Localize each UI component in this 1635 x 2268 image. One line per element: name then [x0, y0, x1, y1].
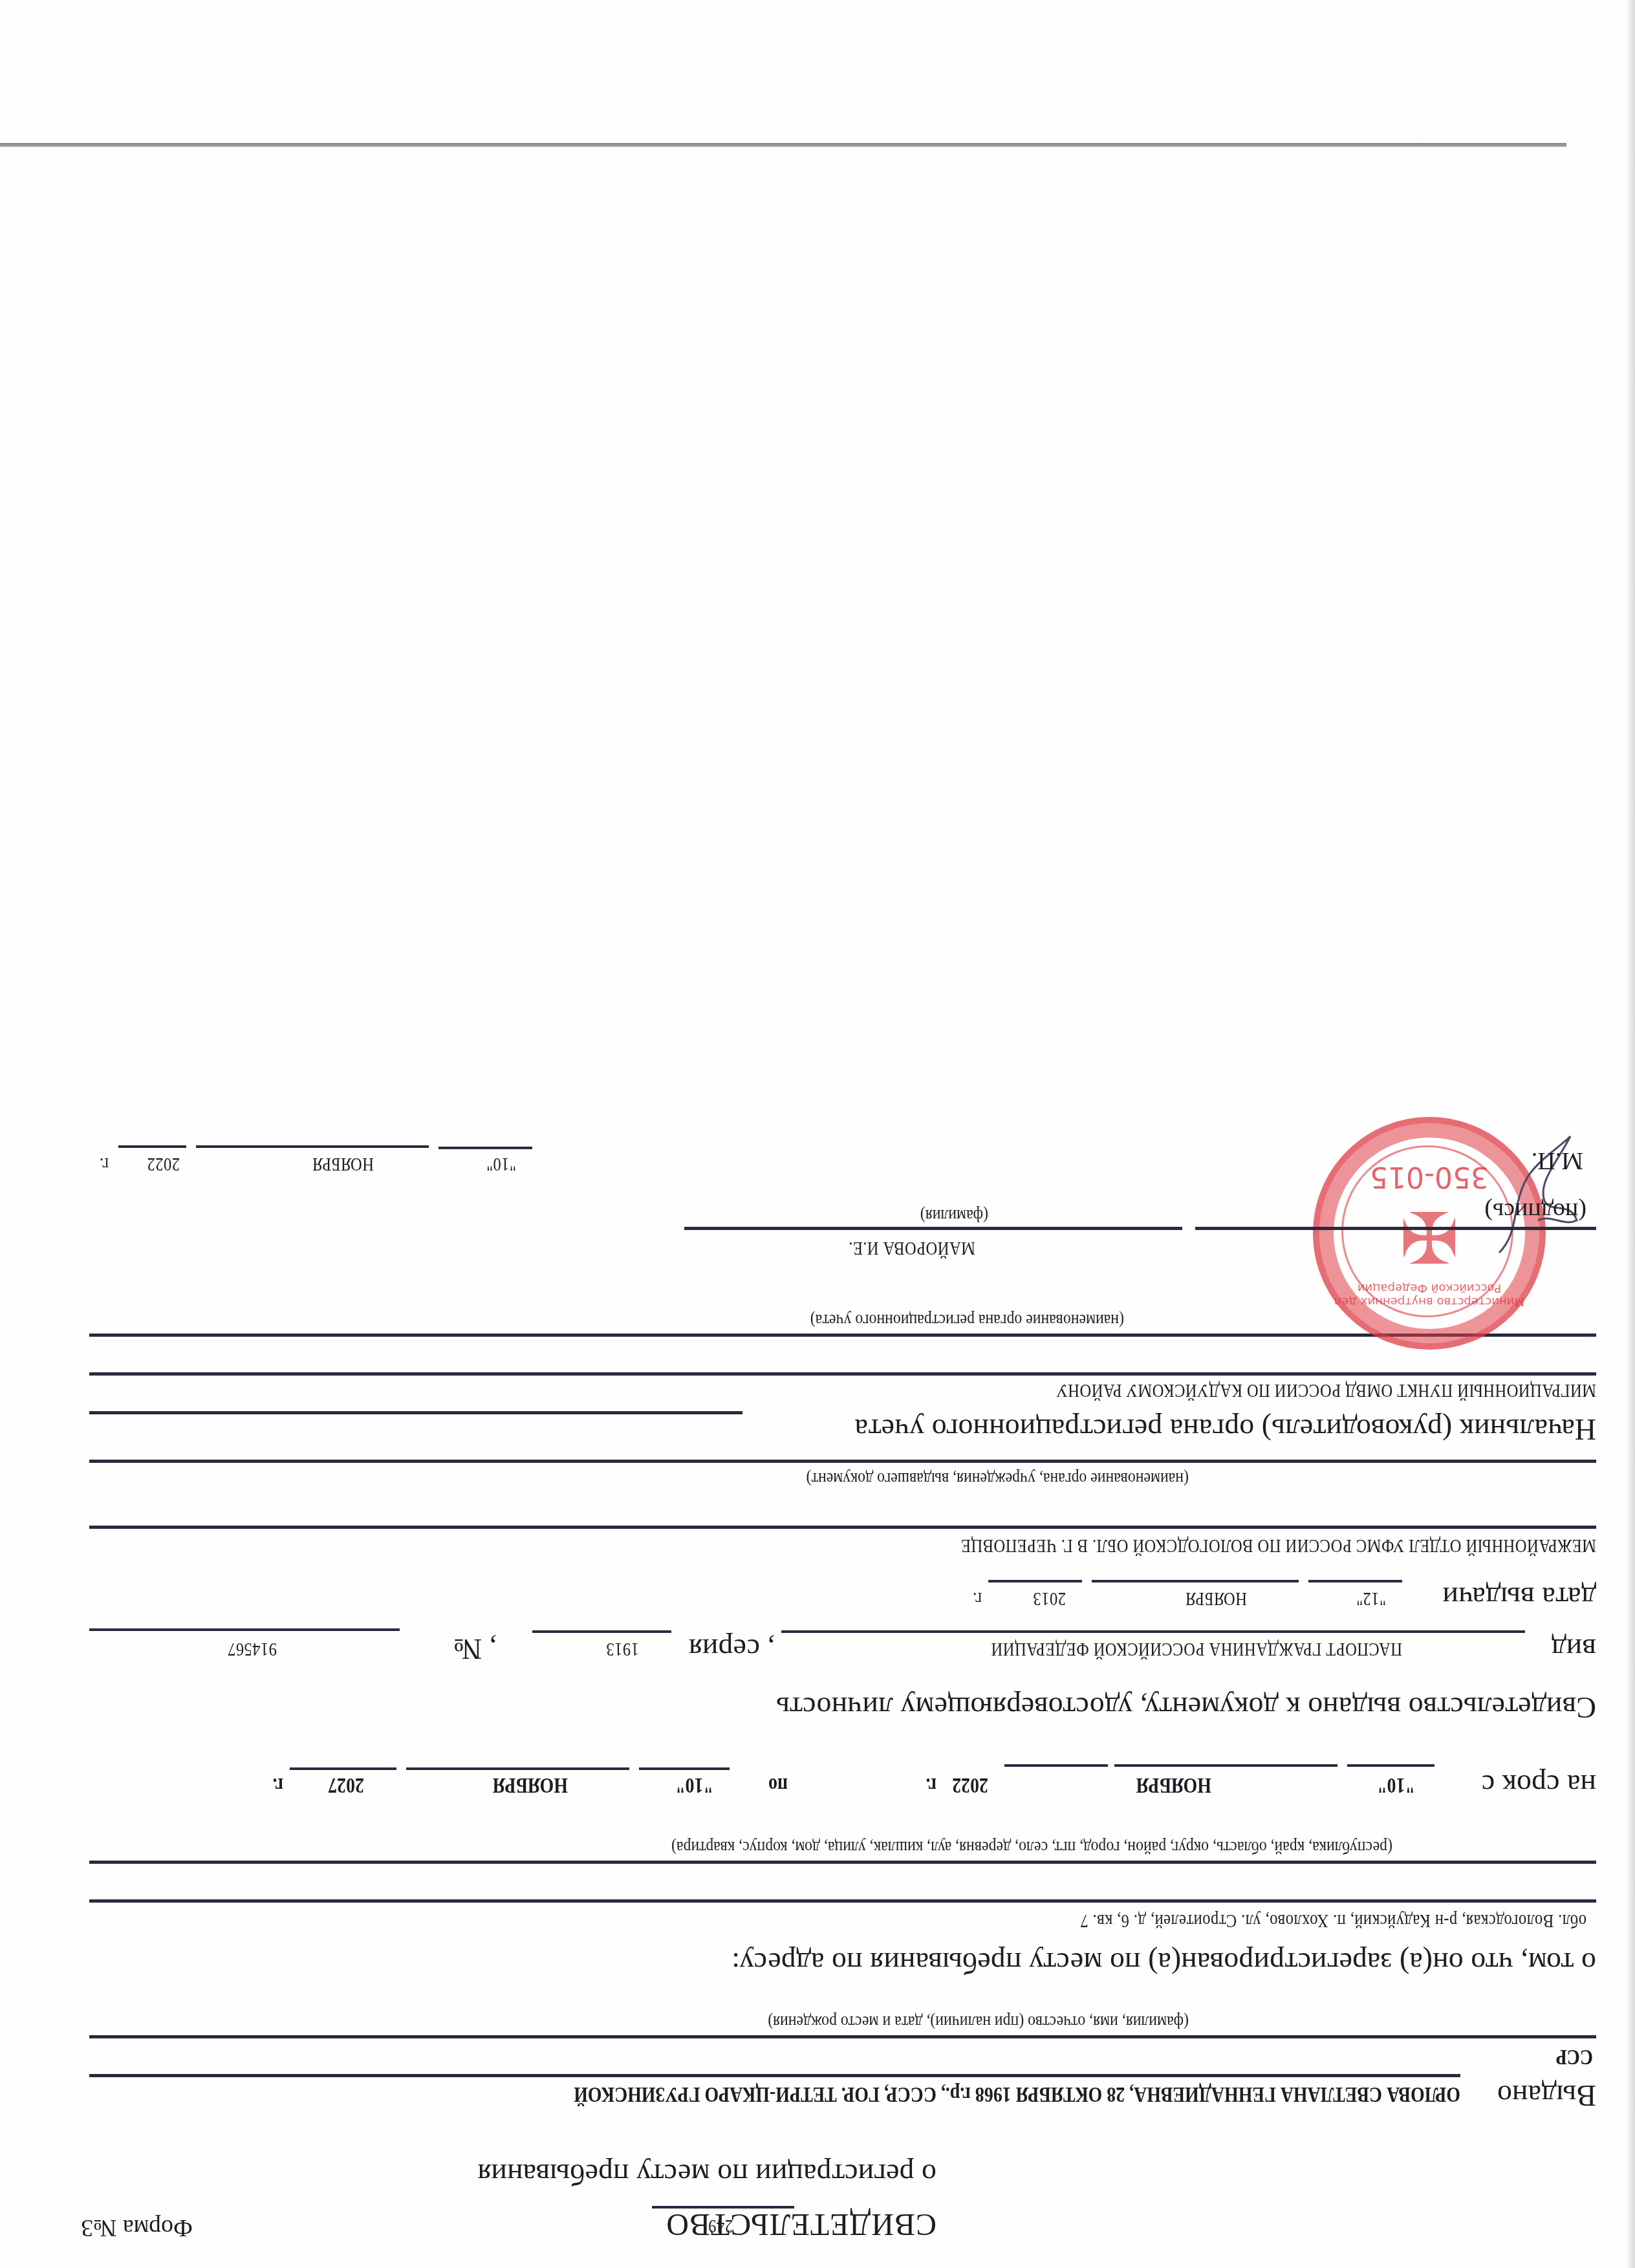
signature-hint: (подпись)	[1484, 1197, 1586, 1226]
issuer-hint: (наименование органа, учреждения, выдавш…	[807, 1468, 1189, 1489]
document-title: СВИДЕТЕЛЬСТВО	[666, 2207, 937, 2242]
term-to-label: по	[768, 1773, 788, 1797]
term-from-year-underline	[1004, 1764, 1108, 1767]
issuer-underline	[89, 1526, 1596, 1529]
sign-date-month: НОЯБРЯ	[312, 1153, 374, 1175]
term-from-month-underline	[1114, 1764, 1337, 1767]
issued-to-underline	[89, 2074, 1460, 2077]
issue-date-label: дата выдачи	[1442, 1581, 1596, 1615]
surname-hint: (фамилия)	[920, 1205, 988, 1226]
scanned-document-page: Форма №3 СВИДЕТЕЛЬСТВО 249 о регистрации…	[0, 0, 1635, 2268]
authority-head-underline	[89, 1411, 742, 1414]
authority-underline	[89, 1372, 1596, 1376]
seal-ring-text: Министерство внутренних дел Российской Ф…	[1319, 1281, 1539, 1308]
sign-date-day: "10"	[486, 1153, 516, 1175]
surname-value: МАЙОРОВА И.Е.	[849, 1237, 975, 1259]
form-number: Форма №3	[81, 2214, 193, 2242]
document-subtitle: о регистрации по месту пребывания	[477, 2157, 937, 2192]
term-from-year: 2022	[952, 1773, 988, 1797]
issued-to-label: Выдано	[1497, 2079, 1596, 2113]
address-underline-2	[89, 1861, 1596, 1864]
identity-doc-number-value: 914567	[228, 1638, 277, 1660]
issue-date-year-suffix: г.	[973, 1588, 982, 1610]
issue-date-day-underline	[1308, 1580, 1402, 1582]
identity-doc-type-value: ПАСПОРТ ГРАЖДАНИНА РОССИЙСКОЙ ФЕДЕРАЦИИ	[991, 1638, 1402, 1660]
term-from-month: НОЯБРЯ	[1136, 1773, 1211, 1797]
identity-doc-number-label: , №	[453, 1632, 497, 1667]
authority-head-label: Начальник (руководитель) органа регистра…	[855, 1412, 1596, 1447]
identity-doc-number-underline	[89, 1628, 400, 1631]
term-to-year-suffix: г.	[273, 1773, 283, 1797]
scan-edge	[1626, 0, 1635, 2268]
issue-date-month-underline	[1092, 1580, 1299, 1582]
term-to-month: НОЯБРЯ	[493, 1773, 568, 1797]
issuer-value: МЕЖРАЙОННЫЙ ОТДЕЛ УФМС РОССИИ ПО ВОЛОГОД…	[961, 1535, 1596, 1557]
seal-placeholder-label: М.П.	[1532, 1147, 1583, 1175]
term-to-year: 2027	[328, 1773, 364, 1797]
issue-date-month: НОЯБРЯ	[1186, 1588, 1247, 1610]
identity-doc-series-label: , серия	[689, 1632, 775, 1667]
term-to-month-underline	[406, 1767, 629, 1770]
term-from-year-suffix: г.	[926, 1773, 937, 1797]
sign-date-day-underline	[439, 1147, 532, 1149]
sign-date-year: 2022	[147, 1153, 180, 1175]
identity-doc-intro: Свидетельство выдано к документу, удосто…	[776, 1690, 1596, 1725]
certificate-number-underline	[652, 2206, 794, 2209]
issue-date-year-underline	[988, 1580, 1082, 1582]
identity-doc-type-underline	[781, 1630, 1525, 1633]
authority-value: МИГРАЦИОННЫЙ ПУНКТ ОМВД РОССИИ ПО КАДУЙС…	[1056, 1379, 1596, 1401]
issued-to-value: ОРЛОВА СВЕТЛАНА ГЕННАДИЕВНА, 28 ОКТЯБРЯ …	[574, 2082, 1460, 2106]
issuer-underline-2	[89, 1460, 1596, 1463]
identity-doc-series-underline	[532, 1630, 671, 1633]
double-headed-eagle-icon: ✠	[1391, 1191, 1468, 1282]
address-hint: (республика, край, область, округ, район…	[671, 1837, 1392, 1857]
issued-to-hint: (фамилия, имя, отчество (при наличии), д…	[768, 2011, 1189, 2032]
sign-date-year-underline	[118, 1145, 186, 1148]
address-underline	[89, 1899, 1596, 1903]
identity-doc-series-value: 1913	[606, 1638, 639, 1660]
address-intro: о том, что он(а) зарегистрирован(а) по м…	[731, 1946, 1596, 1980]
term-from-day-underline	[1347, 1764, 1435, 1767]
issued-to-underline-2	[89, 2035, 1596, 2038]
term-to-day-underline	[639, 1767, 730, 1770]
sign-date-year-suffix: г.	[100, 1153, 109, 1175]
authority-hint: (наименование органа регистрационного уч…	[810, 1310, 1124, 1330]
signature-underline	[1195, 1227, 1596, 1230]
identity-doc-type-label: вид	[1551, 1632, 1596, 1667]
issue-date-day: "12"	[1356, 1588, 1386, 1610]
term-from-label: на срок с	[1482, 1768, 1596, 1802]
paper-fold-line	[0, 143, 1566, 147]
term-to-day: "10"	[675, 1773, 713, 1797]
authority-underline-2	[89, 1334, 1596, 1337]
term-from-day: "10"	[1377, 1773, 1415, 1797]
issued-to-value-continued: ССР	[1556, 2044, 1593, 2069]
sign-date-month-underline	[196, 1145, 429, 1148]
certificate-number: 249	[708, 2215, 733, 2237]
issue-date-year: 2013	[1033, 1588, 1066, 1610]
term-to-year-underline	[290, 1767, 396, 1770]
address-value: обл. Вологодская, р-н Кадуйский, п. Хохл…	[1080, 1910, 1586, 1932]
surname-underline	[684, 1227, 1182, 1230]
